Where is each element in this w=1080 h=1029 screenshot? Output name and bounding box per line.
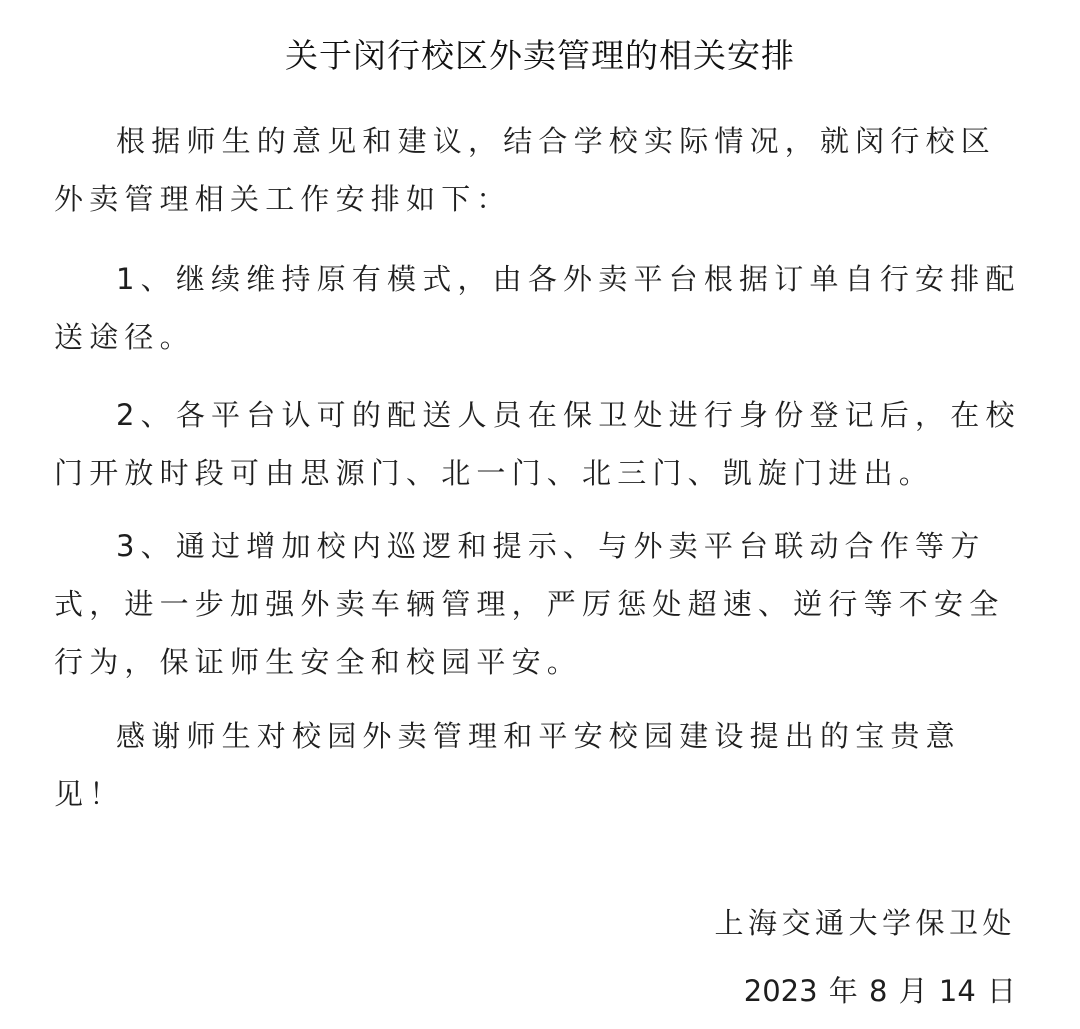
signature-issuer: 上海交通大学保卫处 [714,898,1016,948]
intro-paragraph: 根据师生的意见和建议，结合学校实际情况，就闵行校区外卖管理相关工作安排如下： [54,112,1029,228]
item-2-paragraph: 2、各平台认可的配送人员在保卫处进行身份登记后，在校门开放时段可由思源门、北一门… [54,386,1029,502]
item-3-paragraph: 3、通过增加校内巡逻和提示、与外卖平台联动合作等方式，进一步加强外卖车辆管理，严… [54,517,1029,691]
item-1-paragraph: 1、继续维持原有模式，由各外卖平台根据订单自行安排配送途径。 [54,250,1029,366]
thanks-paragraph: 感谢师生对校园外卖管理和平安校园建设提出的宝贵意见！ [54,707,1029,823]
document-title: 关于闵行校区外卖管理的相关安排 [0,28,1080,84]
signature-date: 2023 年 8 月 14 日 [744,966,1016,1016]
